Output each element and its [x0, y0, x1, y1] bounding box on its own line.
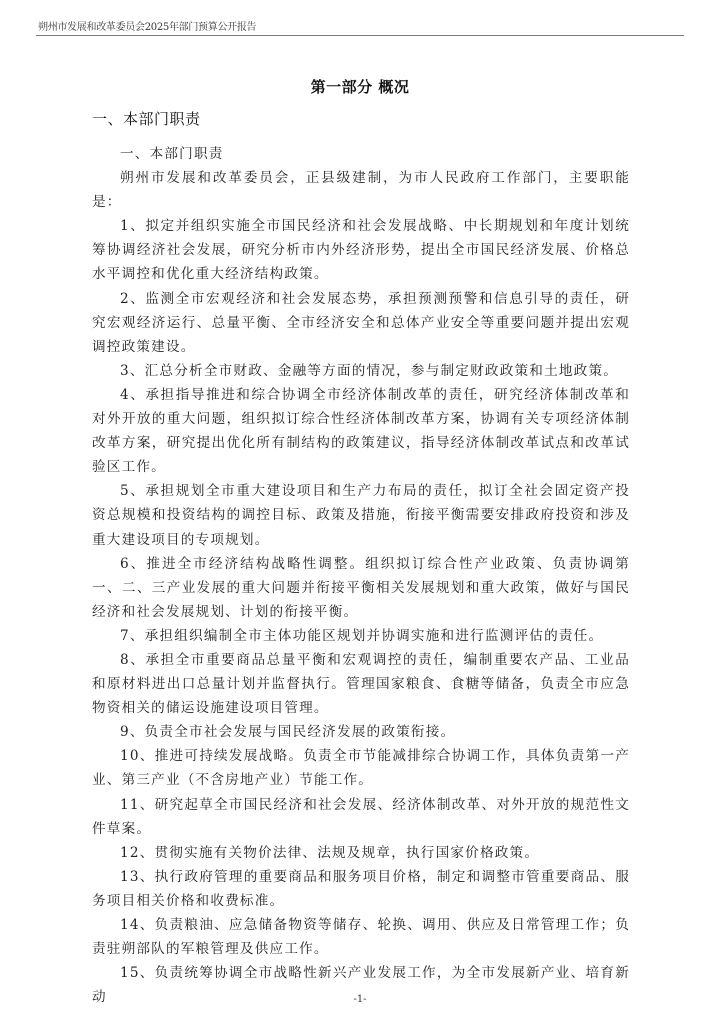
- paragraph-duty-2: 2、监测全市宏观经济和社会发展态势，承担预测预警和信息引导的责任，研究宏观经济运…: [92, 287, 630, 359]
- paragraph-duty-7: 7、承担组织编制全市主体功能区规划并协调实施和进行监测评估的责任。: [92, 624, 630, 648]
- paragraph-subheading: 一、本部门职责: [92, 142, 630, 166]
- paragraph-duty-12: 12、贯彻实施有关物价法律、法规及规章，执行国家价格政策。: [92, 841, 630, 865]
- paragraph-duty-1: 1、拟定并组织实施全市国民经济和社会发展战略、中长期规划和年度计划统筹协调经济社…: [92, 214, 630, 286]
- paragraph-duty-4: 4、承担指导推进和综合协调全市经济体制改革的责任，研究经济体制改革和对外开放的重…: [92, 383, 630, 479]
- header-divider: [36, 35, 684, 36]
- paragraph-duty-5: 5、承担规划全市重大建设项目和生产力布局的责任，拟订全社会固定资产投资总规模和投…: [92, 479, 630, 551]
- paragraph-duty-3: 3、汇总分析全市财政、金融等方面的情况，参与制定财政政策和土地政策。: [92, 359, 630, 383]
- paragraph-duty-10: 10、推进可持续发展战略。负责全市节能减排综合协调工作，具体负责第一产业、第三产…: [92, 744, 630, 792]
- paragraph-duty-8: 8、承担全市重要商品总量平衡和宏观调控的责任，编制重要农产品、工业品和原材料进出…: [92, 648, 630, 720]
- running-title: 朔州市发展和改革委员会2025年部门预算公开报告: [38, 18, 256, 33]
- paragraph-duty-14: 14、负责粮油、应急储备物资等储存、轮换、调用、供应及日常管理工作；负责驻朔部队…: [92, 913, 630, 961]
- paragraph-duty-11: 11、研究起草全市国民经济和社会发展、经济体制改革、对外开放的规范性文件草案。: [92, 793, 630, 841]
- paragraph-duty-13: 13、执行政府管理的重要商品和服务项目价格，制定和调整市管重要商品、服务项目相关…: [92, 865, 630, 913]
- paragraph-duty-9: 9、负责全市社会发展与国民经济发展的政策衔接。: [92, 720, 630, 744]
- paragraph-duty-6: 6、推进全市经济结构战略性调整。组织拟订综合性产业政策、负责协调第一、二、三产业…: [92, 552, 630, 624]
- paragraph-intro: 朔州市发展和改革委员会，正县级建制，为市人民政府工作部门，主要职能是：: [92, 166, 630, 214]
- section-heading: 一、本部门职责: [92, 108, 201, 129]
- page-number: -1-: [0, 994, 720, 1005]
- part-title: 第一部分 概况: [0, 76, 720, 97]
- document-body: 一、本部门职责 朔州市发展和改革委员会，正县级建制，为市人民政府工作部门，主要职…: [92, 142, 630, 1009]
- page-header: 朔州市发展和改革委员会2025年部门预算公开报告: [36, 16, 684, 36]
